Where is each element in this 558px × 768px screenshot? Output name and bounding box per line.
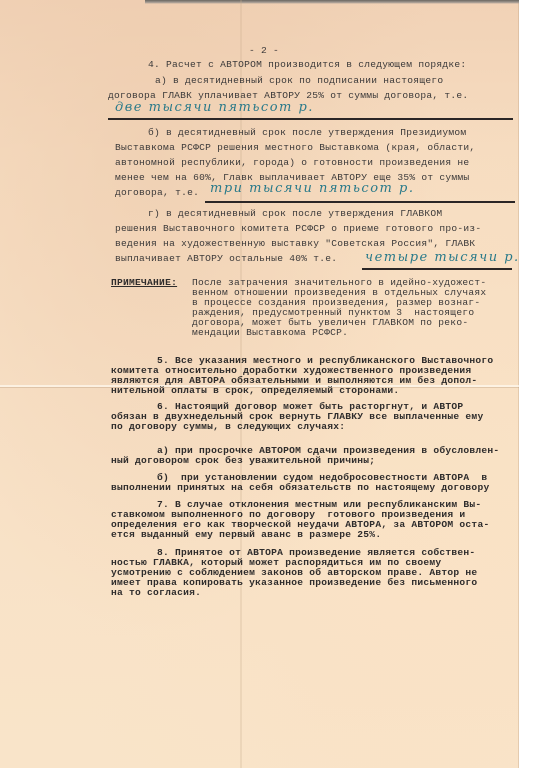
p4a-handwritten-amount: две тысячи пятьсот р. xyxy=(115,100,314,115)
document-page: - 2 - 4. Расчет с АВТОРОМ производится в… xyxy=(0,0,519,768)
rule-line xyxy=(205,201,515,203)
p4g-line4: выплачивает АВТОРУ остальные 40% т.е. xyxy=(115,253,337,264)
p6b-line: выполнении принятых на себя обязательств… xyxy=(111,482,489,493)
p4b-handwritten-amount: три тысячи пятьсот р. xyxy=(210,181,414,196)
p4b-line3: автономной республики, города) о готовно… xyxy=(115,157,469,168)
p4g-line1: г) в десятидневный срок после утверждени… xyxy=(148,208,442,219)
p4g-line3: ведения на художественную выставку "Сове… xyxy=(115,238,475,249)
p6-line: по договору суммы, в следующих случаях: xyxy=(111,421,345,432)
p4b-line1: б) в десятидневный срок после утверждени… xyxy=(148,127,466,138)
p5-line: нительной оплаты в срок, определяемый ст… xyxy=(111,385,399,396)
p4b-line2: Выставкома РСФСР решения местного Выстав… xyxy=(115,142,475,153)
paper-top-edge xyxy=(145,0,519,4)
p4-title: 4. Расчет с АВТОРОМ производится в следу… xyxy=(148,59,466,70)
p6a-line: ный договором срок без уважительной прич… xyxy=(111,455,375,466)
page-number: - 2 - xyxy=(249,45,279,56)
p8-line: на то согласия. xyxy=(111,587,201,598)
note-label: ПРИМЕЧАНИЕ: xyxy=(111,277,177,288)
rule-line xyxy=(362,268,512,270)
p4a-line1: а) в десятидневный срок по подписании на… xyxy=(155,75,443,86)
rule-line xyxy=(108,118,513,120)
note-line: мендации Выставкома РСФСР. xyxy=(192,327,348,338)
p7-line: ется выданный ему первый аванс в размере… xyxy=(111,529,381,540)
p4g-handwritten-amount: четыре тысячи р. xyxy=(365,250,520,265)
p4g-line2: решения Выставочного комитета РСФСР о пр… xyxy=(115,223,481,234)
p4b-line5: договора, т.е. xyxy=(115,187,199,198)
